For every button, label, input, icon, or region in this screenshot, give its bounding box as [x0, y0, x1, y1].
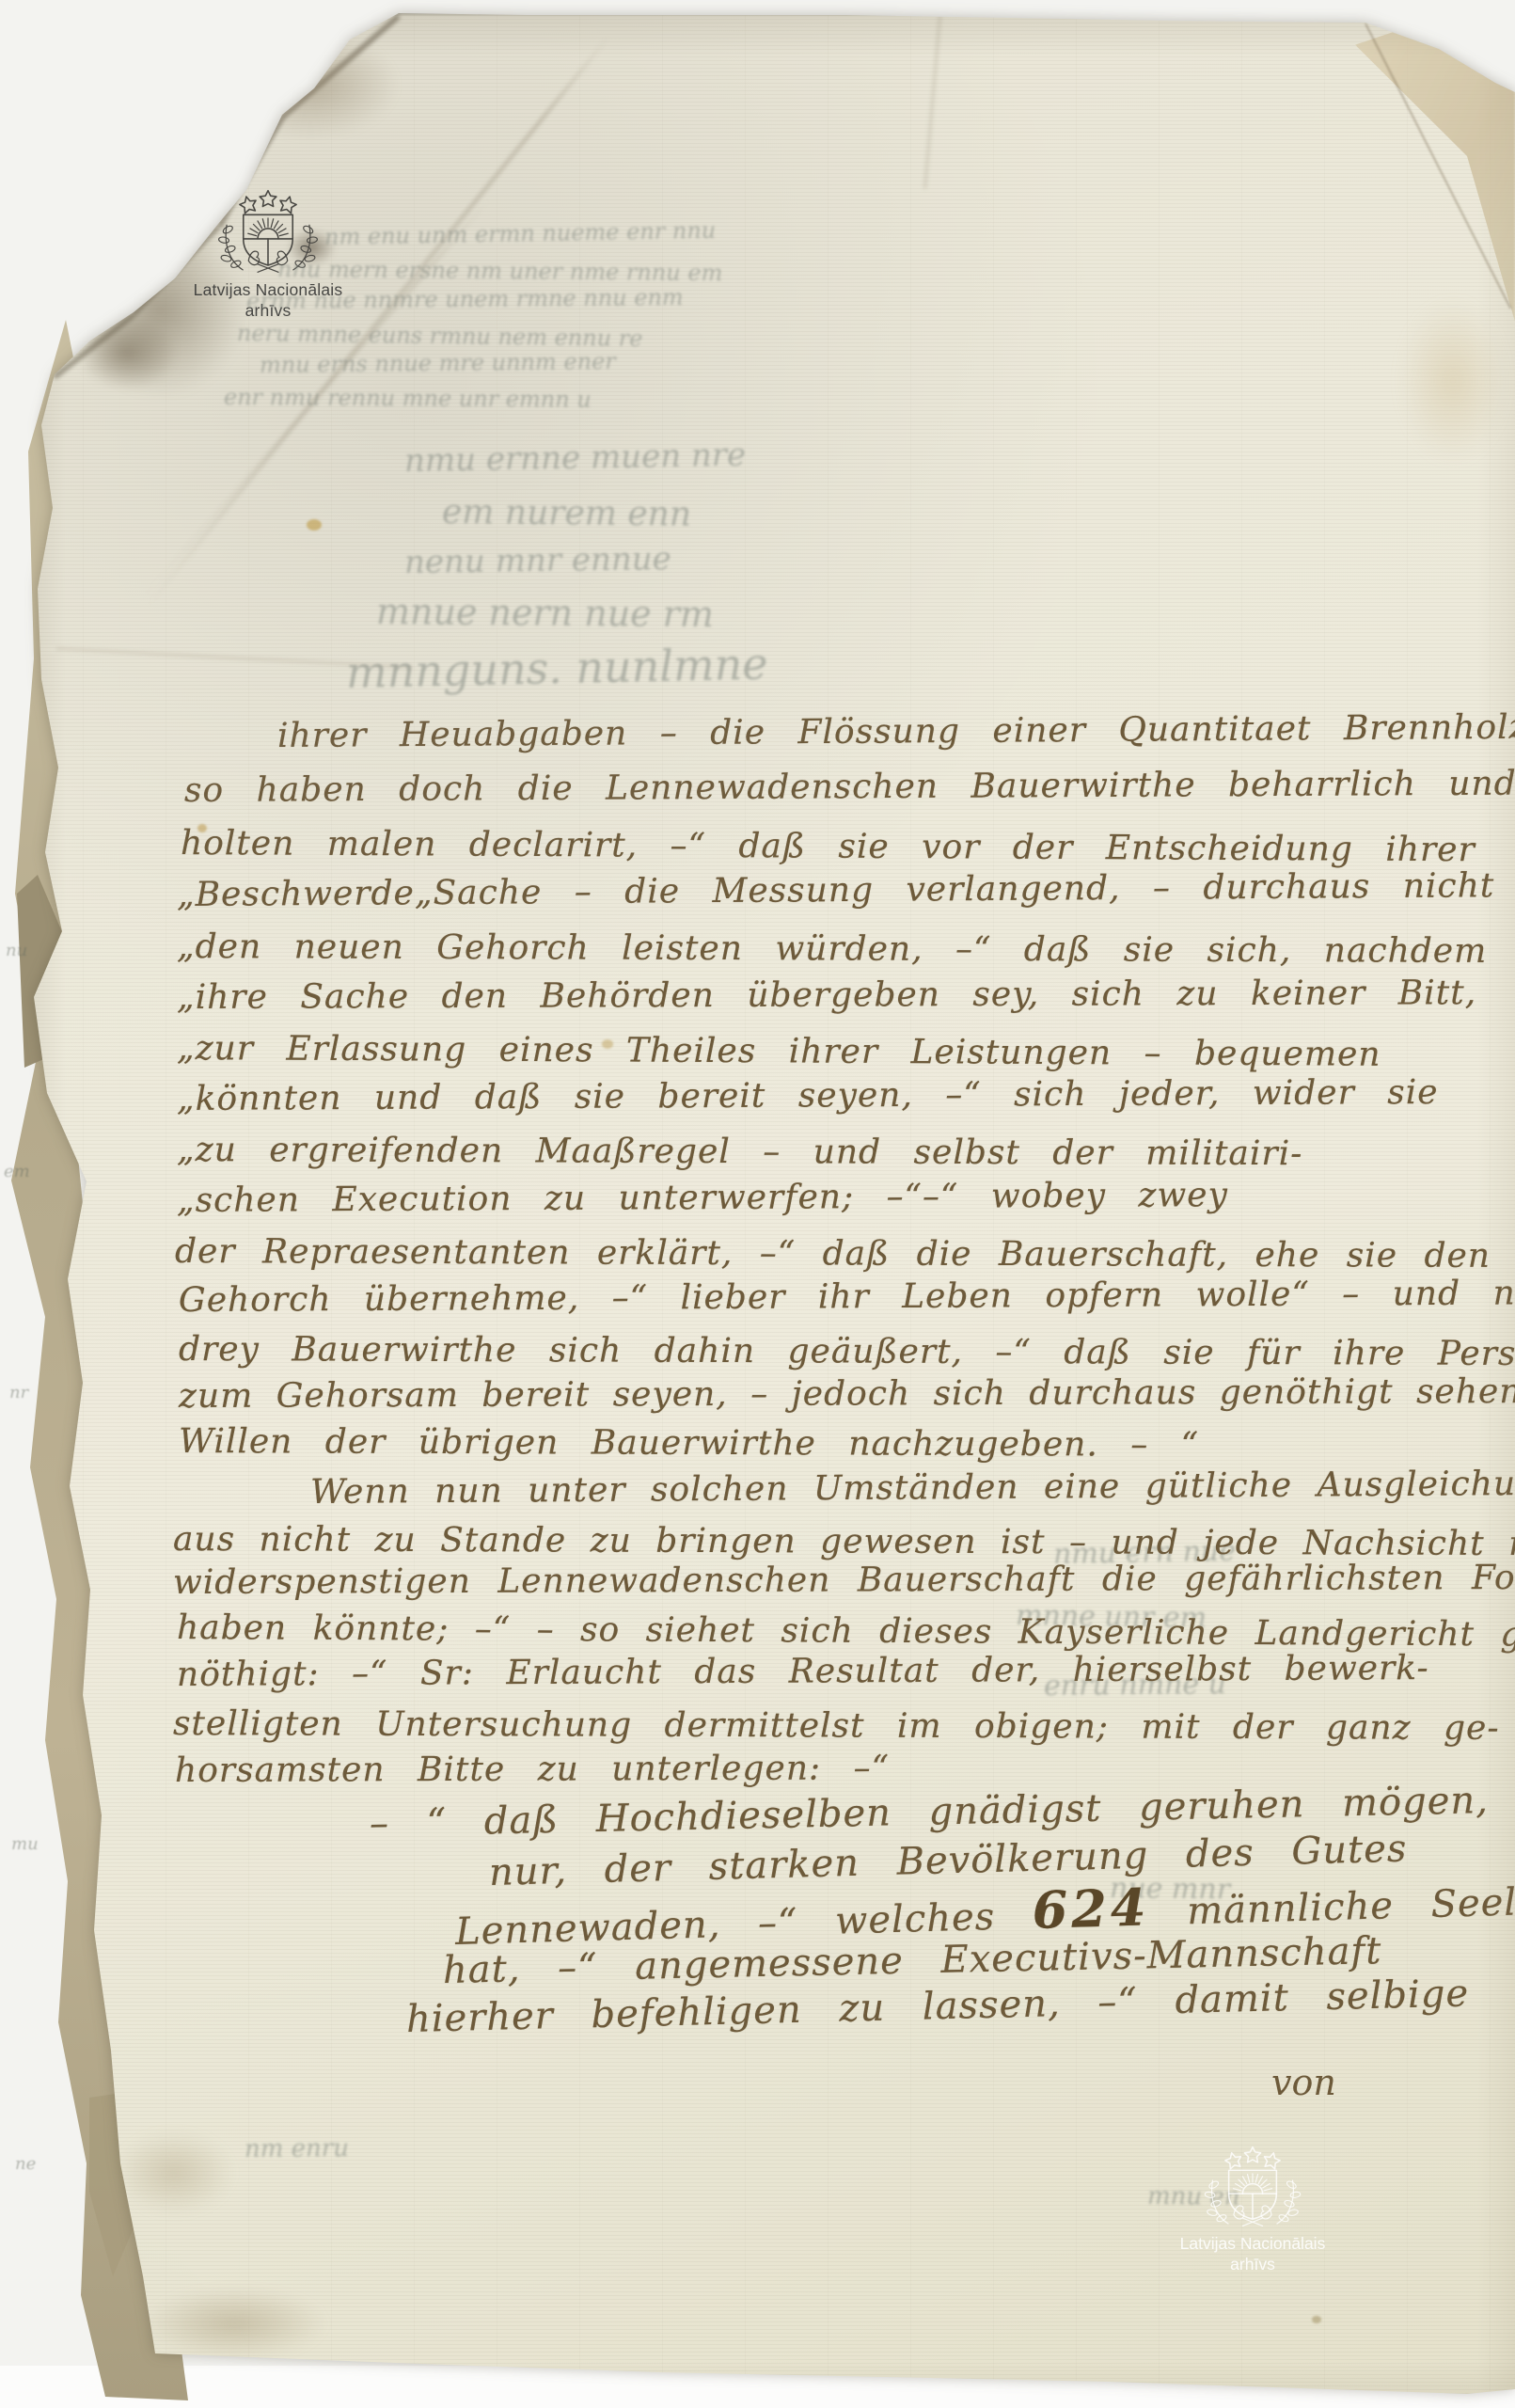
bleedthrough-line: mnue nern nue rm — [376, 591, 714, 635]
line-segment: männliche Seelen — [1149, 1879, 1515, 1934]
torn-edge-shadow — [53, 313, 135, 380]
stain — [188, 9, 433, 160]
manuscript-line: ihrer Heuabgaben – die Flössung einer Qu… — [277, 705, 1515, 755]
highlighted-number: 624 — [1032, 1877, 1150, 1940]
manuscript-line: aus nicht zu Stande zu bringen gewesen i… — [173, 1520, 1515, 1563]
corner-fold-crease — [1365, 24, 1511, 309]
bleedthrough-line: mnu erns nnue mre unnm ener — [260, 348, 616, 378]
corner-fold — [1355, 21, 1515, 322]
stain-spot — [1312, 2316, 1321, 2323]
bleedthrough-line: neru mnne euns rmnu nem ennu re — [237, 320, 643, 352]
manuscript-line: „zu ergreifenden Maaßregel – und selbst … — [177, 1131, 1302, 1173]
watermark-label-line2: arhīvs — [1152, 2254, 1353, 2274]
bleedthrough-line: mnnguns. nunlmne — [345, 639, 768, 698]
manuscript-line: der Repraesentanten erklärt, –“ daß die … — [175, 1232, 1515, 1275]
manuscript-line: „den neuen Gehorch leisten würden, –“ da… — [177, 927, 1487, 971]
bleedthrough-line: nenu mnr ennue — [404, 540, 671, 581]
manuscript-line: nöthigt: –“ Sr: Erlaucht das Resultat de… — [177, 1649, 1429, 1694]
paper-sheet-wrap: Latvijas Nacionālais arhīvs nm enu unm e… — [0, 0, 1515, 2408]
manuscript-line: „schen Execution zu unterwerfen; –“–“ wo… — [177, 1176, 1228, 1220]
manuscript-line: „zur Erlassung eines Theiles ihrer Leist… — [177, 1029, 1381, 1074]
stain — [1382, 273, 1515, 489]
manuscript-line: horsamsten Bitte zu unterlegen: –“ — [175, 1749, 890, 1790]
bleedthrough-line: nmu ernne muen nre — [404, 436, 747, 480]
torn-edge-shadow — [280, 14, 401, 120]
paper-crease — [923, 10, 942, 189]
bleedthrough-line: enr nmu rennu mne unr emnn u — [224, 384, 592, 413]
watermark-label-line1: Latvijas Nacionālais — [1152, 2233, 1353, 2254]
archive-watermark: Latvijas Nacionālais arhīvs — [1152, 2145, 1353, 2274]
manuscript-line: Wenn nun unter solchen Umständen eine gü… — [310, 1463, 1515, 1512]
manuscript-line: drey Bauerwirthe sich dahin geäußert, –“… — [179, 1330, 1515, 1373]
manuscript-line: „Beschwerde„Sache – die Messung verlange… — [177, 866, 1495, 914]
catchword: von — [1271, 2062, 1336, 2103]
manuscript-line: Gehorch übernehme, –“ lieber ihr Leben o… — [179, 1274, 1515, 1320]
bleedthrough-line: nm enru — [245, 2134, 349, 2163]
page-edge-shadow — [395, 11, 1515, 16]
stain-spot — [307, 519, 322, 531]
latvia-coat-of-arms-watermark-icon — [1197, 2145, 1308, 2228]
bleedthrough-line: em nurem enn — [442, 493, 691, 534]
manuscript-line: zum Gehorsam bereit seyen, – jedoch sich… — [179, 1371, 1515, 1416]
manuscript-page: Latvijas Nacionālais arhīvs nm enu unm e… — [0, 0, 1515, 2408]
stain — [113, 2276, 357, 2370]
stain — [94, 2116, 254, 2229]
manuscript-line: stelligten Untersuchung dermittelst im o… — [173, 1704, 1500, 1748]
manuscript-line: „ihre Sache den Behörden übergeben sey, … — [177, 974, 1476, 1017]
scanned-document: Latvijas Nacionālais arhīvs nm enu unm e… — [0, 0, 1515, 2408]
bleedthrough-line: nnu mern ersne nm uner nme rnnu em — [277, 256, 723, 286]
manuscript-line: widerspenstigen Lennewadenschen Bauersch… — [173, 1559, 1515, 1602]
bleedthrough-line: ernm nue nnmre unem rmne nnu enm — [246, 284, 684, 314]
manuscript-line: „könnten und daß sie bereit seyen, –“ si… — [177, 1073, 1439, 1118]
manuscript-line: holten malen declarirt, –“ daß sie vor d… — [181, 824, 1476, 869]
manuscript-line: Willen der übrigen Bauerwirthe nachzugeb… — [179, 1422, 1199, 1465]
manuscript-line: haben könnte; –“ – so siehet sich dieses… — [177, 1608, 1515, 1655]
manuscript-line: so haben doch die Lennewadenschen Bauerw… — [184, 763, 1515, 810]
bleedthrough-line: nm enu unm ermn nueme enr nnu — [324, 217, 717, 250]
